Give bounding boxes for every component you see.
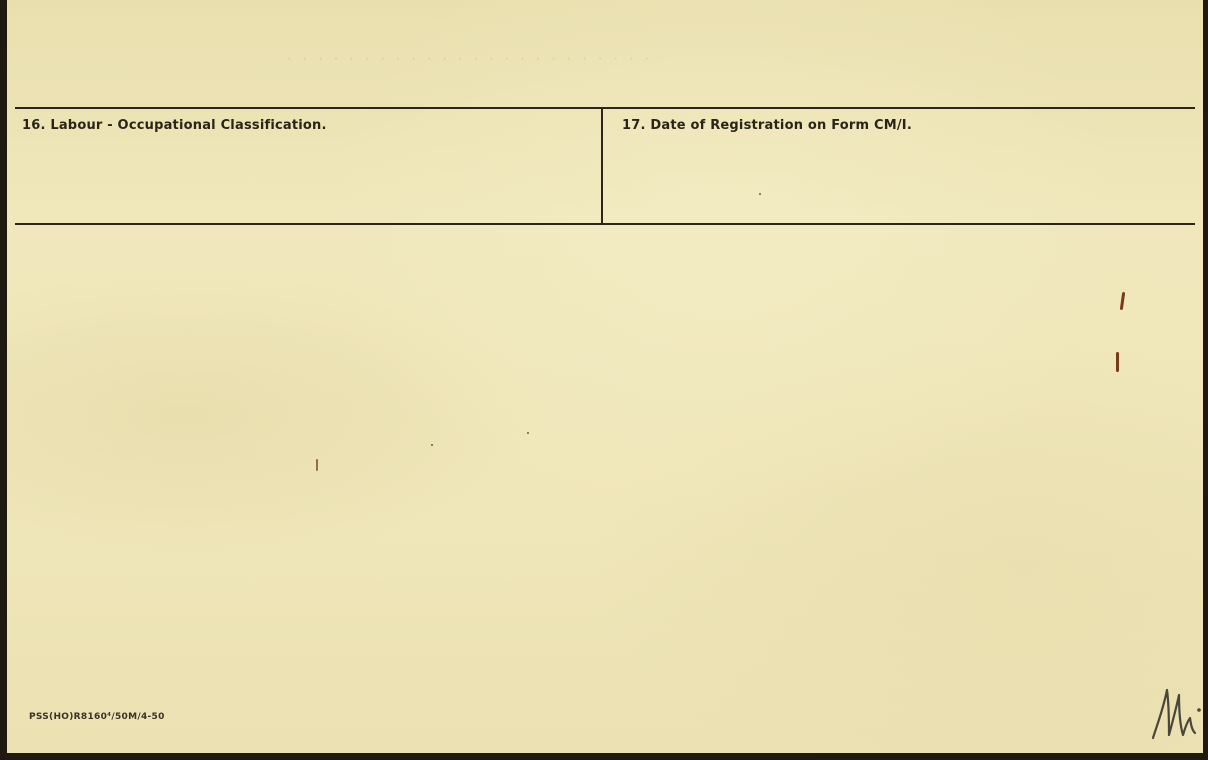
field-17-registration-date-value: [604, 140, 1195, 220]
field-16-label: 16. Labour - Occupational Classification…: [22, 118, 327, 133]
field-16-occupational-classification-value: [15, 140, 601, 220]
stain-mark: [316, 459, 318, 471]
speck: [431, 444, 433, 446]
stain-mark: [1120, 292, 1125, 310]
faint-bleed-through-text: · · · · · · · · · · · · · · · · · · · · …: [287, 50, 947, 72]
record-card: · · · · · · · · · · · · · · · · · · · · …: [7, 0, 1203, 753]
handwritten-initials-icon: [1147, 680, 1207, 745]
column-divider: [601, 108, 603, 225]
print-code: PSS(HO)R8160⁴/50M/4-50: [29, 712, 165, 722]
field-17-label: 17. Date of Registration on Form CM/I.: [622, 118, 912, 133]
speck: [527, 432, 529, 434]
top-rule: [15, 107, 1195, 109]
bottom-rule: [15, 223, 1195, 225]
stain-mark: [1116, 352, 1119, 372]
speck: [759, 193, 761, 195]
